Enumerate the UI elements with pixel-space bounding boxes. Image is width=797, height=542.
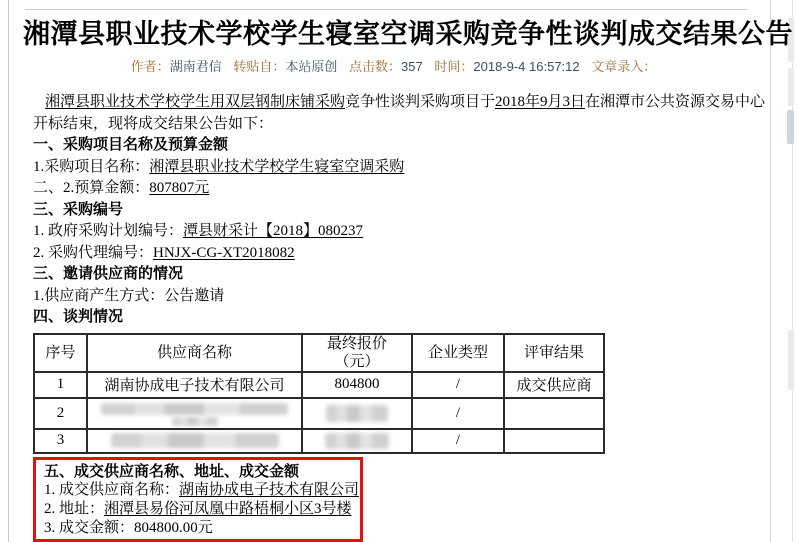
column-header-no: 序号: [34, 334, 87, 372]
article-page: 湘潭县职业技术学校学生寝室空调采购竞争性谈判成交结果公告 作者：湖南君信 转贴自…: [0, 0, 797, 542]
list-item-supplier-method: 1.供应商产生方式：公告邀请: [33, 286, 744, 308]
repost-label: 转贴自：: [233, 59, 285, 74]
intro-line-2: 开标结束，现将成交结果公告如下：: [33, 114, 744, 136]
column-header-result: 评审结果: [504, 334, 604, 372]
author-value: 湖南君信: [170, 59, 222, 74]
award-supplier-value: 湖南协成电子技术有限公司: [179, 482, 359, 498]
article-body: 湘潭县职业技术学校学生用双层钢制床铺采购竞争性谈判采购项目于2018年9月3日在…: [33, 92, 744, 329]
section-heading-negotiation: 四、谈判情况: [33, 307, 744, 329]
award-address-item: 2. 地址：湘潭县易俗河凤凰中路梧桐小区3号楼: [44, 500, 356, 519]
scrollbar-segment: [788, 330, 794, 390]
list-item-agency-code: 2. 采购代理编号：HNJX-CG-XT2018082: [33, 243, 744, 265]
intro-mid-text: 竞争性谈判采购项目于: [345, 94, 495, 110]
project-name-value: 湘潭县职业技术学校学生寝室空调采购: [149, 159, 404, 175]
cell-result: [504, 398, 604, 429]
intro-tail-text: 在湘潭市公共资源交易中心: [585, 94, 765, 110]
section-heading-award: 五、成交供应商名称、地址、成交金额: [44, 463, 356, 482]
cell-result: [504, 429, 604, 453]
award-address-label: 2. 地址：: [44, 501, 104, 517]
hits-value: 357: [401, 59, 423, 74]
award-highlight-box: 五、成交供应商名称、地址、成交金额 1. 成交供应商名称：湖南协成电子技术有限公…: [33, 457, 363, 542]
negotiation-result-table: 序号 供应商名称 最终报价 （元） 企业类型 评审结果 1 湖南协成电子技术有限…: [33, 333, 605, 454]
section-heading-invite: 三、邀请供应商的情况: [33, 264, 744, 286]
budget-prefix: 二、: [33, 180, 63, 196]
column-header-price: 最终报价 （元）: [302, 334, 412, 372]
repost-value: 本站原创: [285, 59, 337, 74]
article-meta: 作者：湖南君信 转贴自：本站原创 点击数：357 时间：2018-9-4 16:…: [9, 59, 770, 75]
scrollbar-segment: [788, 68, 794, 106]
redaction-blur: [111, 433, 279, 448]
intro-project-name: 湘潭县职业技术学校学生用双层钢制床铺采购: [45, 94, 345, 110]
cell-company-type: /: [412, 429, 504, 453]
redaction-blur: [326, 405, 388, 422]
budget-value: 807807元: [149, 180, 209, 196]
page-title: 湘潭县职业技术学校学生寝室空调采购竞争性谈判成交结果公告: [23, 18, 756, 50]
time-value: 2018-9-4 16:57:12: [473, 59, 579, 74]
redaction-blur: [101, 403, 288, 415]
list-item-project-name: 1.采购项目名称：湘潭县职业技术学校学生寝室空调采购: [33, 157, 744, 179]
award-amount-item: 3. 成交金额：804800.00元: [44, 519, 356, 538]
cell-company-type: /: [412, 398, 504, 429]
table-row: 1 湖南协成电子技术有限公司 804800 / 成交供应商: [34, 372, 604, 398]
plan-code-label: 1. 政府采购计划编号：: [33, 223, 183, 239]
cell-supplier-redacted: [87, 429, 302, 453]
entry-label: 文章录入：: [591, 59, 656, 74]
award-supplier-label: 1. 成交供应商名称：: [44, 482, 179, 498]
cell-company-type: /: [412, 372, 504, 398]
section-heading-budget: 一、采购项目名称及预算金额: [33, 135, 744, 157]
time-label: 时间：: [434, 59, 473, 74]
list-item-budget: 二、2.预算金额：807807元: [33, 178, 744, 200]
award-address-value: 湘潭县易俗河凤凰中路梧桐小区3号楼: [104, 501, 352, 517]
cell-no: 3: [34, 429, 87, 453]
table-header-row: 序号 供应商名称 最终报价 （元） 企业类型 评审结果: [34, 334, 604, 372]
supplier-method-label: 1.供应商产生方式：: [33, 288, 164, 304]
article-content: 湘潭县职业技术学校学生寝室空调采购竞争性谈判成交结果公告 作者：湖南君信 转贴自…: [9, 10, 770, 542]
redaction-blur: [172, 417, 218, 426]
budget-label: 2.预算金额：: [63, 180, 149, 196]
cell-price: 804800: [302, 372, 412, 398]
page-border-right: [770, 0, 771, 542]
award-amount-label: 3. 成交金额：: [44, 520, 134, 536]
agency-code-label: 2. 采购代理编号：: [33, 245, 153, 261]
author-label: 作者：: [131, 59, 170, 74]
cell-no: 1: [34, 372, 87, 398]
cell-no: 2: [34, 398, 87, 429]
intro-line-1: 湘潭县职业技术学校学生用双层钢制床铺采购竞争性谈判采购项目于2018年9月3日在…: [33, 92, 744, 114]
table-row: 2 /: [34, 398, 604, 429]
supplier-method-value: 公告邀请: [164, 288, 224, 304]
section-heading-codes: 三、采购编号: [33, 200, 744, 222]
cell-price-redacted: [302, 429, 412, 453]
plan-code-value: 潭县财采计【2018】080237: [183, 223, 363, 239]
project-name-label: 1.采购项目名称：: [33, 159, 149, 175]
column-header-company-type: 企业类型: [412, 334, 504, 372]
column-header-supplier: 供应商名称: [87, 334, 302, 372]
award-supplier-item: 1. 成交供应商名称：湖南协成电子技术有限公司: [44, 481, 356, 500]
award-amount-value: 804800.00元: [134, 520, 213, 536]
cell-result: 成交供应商: [504, 372, 604, 398]
cell-price-redacted: [302, 398, 412, 429]
hits-label: 点击数：: [349, 59, 401, 74]
scrollbar-thumb[interactable]: [787, 110, 794, 144]
cell-supplier-redacted: [87, 398, 302, 429]
agency-code-value: HNJX-CG-XT2018082: [153, 245, 295, 261]
table-row: 3 /: [34, 429, 604, 453]
cell-supplier: 湖南协成电子技术有限公司: [87, 372, 302, 398]
list-item-plan-code: 1. 政府采购计划编号：潭县财采计【2018】080237: [33, 221, 744, 243]
intro-date: 2018年9月3日: [495, 94, 585, 110]
redaction-blur: [325, 433, 389, 449]
